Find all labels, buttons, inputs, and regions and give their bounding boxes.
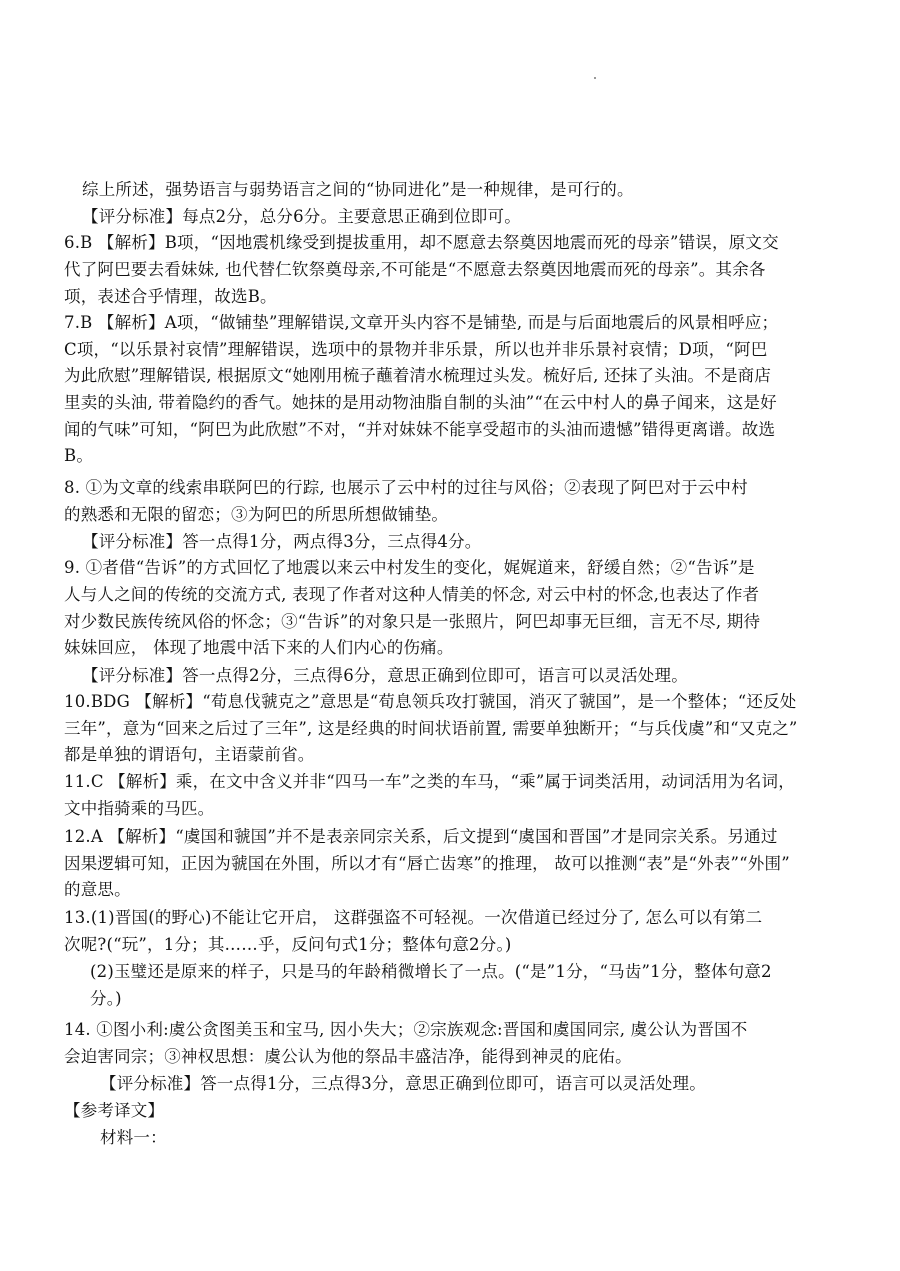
document-page: 综上所述，强势语言与弱势语言之间的“协同进化”是一种规律，是可行的。 【评分标准… bbox=[0, 0, 900, 1271]
answer-11-line-1: 11.C 【解析】乘，在文中含义并非“四马一车”之类的车马，“乘”属于词类活用，… bbox=[64, 772, 795, 792]
summary-line: 综上所述，强势语言与弱势语言之间的“协同进化”是一种规律，是可行的。 bbox=[82, 180, 634, 200]
answer-7-line-3: 为此欣慰”理解错误, 根据原文“她刚用梳子蘸着清水梳理过头发。梳好后, 还抹了头… bbox=[64, 366, 771, 386]
answer-8-line-2: 的熟悉和无限的留恋；③为阿巴的所思所想做铺垫。 bbox=[64, 505, 448, 525]
material-one-label: 材料一： bbox=[100, 1128, 167, 1148]
reference-translation-heading: 【参考译文】 bbox=[64, 1101, 164, 1121]
scoring-standard-14: 【评分标准】答一点得1分，三点得3分，意思正确到位即可，语言可以灵活处理。 bbox=[100, 1074, 706, 1094]
answer-11-line-2: 文中指骑乘的马匹。 bbox=[64, 799, 214, 819]
answer-12-line-1: 12.A 【解析】“虞国和虢国”并不是表亲同宗关系，后文提到“虞国和晋国”才是同… bbox=[64, 827, 778, 847]
answer-14-line-1: 14. ①图小利:虞公贪图美玉和宝马, 因小失大；②宗族观念:晋国和虞国同宗, … bbox=[64, 1020, 747, 1040]
answer-6-line-2: 代了阿巴要去看妹妹, 也代替仁钦祭奠母亲,不可能是“不愿意去祭奠因地震而死的母亲… bbox=[64, 260, 766, 280]
answer-9-line-2: 人与人之间的传统的交流方式, 表现了作者对这种人情美的怀念, 对云中村的怀念,也… bbox=[64, 585, 759, 605]
answer-6-line-3: 项，表述合乎情理，故选B。 bbox=[64, 287, 277, 307]
answer-7-line-5: 闻的气味”可知，“阿巴为此欣慰”不对，“并对妹妹不能享受超市的头油而遗憾”错得更… bbox=[64, 420, 775, 440]
answer-6-line-1: 6.B 【解析】B项，“因地震机缘受到提拔重用，却不愿意去祭奠因地震而死的母亲”… bbox=[64, 233, 779, 253]
scan-speck bbox=[594, 77, 596, 79]
answer-7-line-6: B。 bbox=[64, 446, 93, 466]
answer-7-line-4: 里卖的头油, 带着隐约的香气。她抹的是用动物油脂自制的头油”“在云中村人的鼻子闻… bbox=[64, 393, 777, 413]
answer-14-line-2: 会迫害同宗；③神权思想：虞公认为他的祭品丰盛洁净，能得到神灵的庇佑。 bbox=[64, 1047, 632, 1067]
answer-7-line-2: C项，“以乐景衬哀情”理解错误，选项中的景物并非乐景，所以也并非乐景衬哀情；D项… bbox=[64, 340, 767, 360]
answer-7-line-1: 7.B 【解析】A项，“做铺垫”理解错误,文章开头内容不是铺垫, 而是与后面地震… bbox=[64, 313, 778, 333]
answer-13-line-1: 13.(1)晋国(的野心)不能让它开启， 这群强盗不可轻视。一次借道已经过分了,… bbox=[64, 908, 762, 928]
answer-12-line-3: 的意思。 bbox=[64, 880, 131, 900]
answer-13-part2-line-1: (2)玉璧还是原来的样子，只是马的年龄稍微增长了一点。(“是”1分，“马齿”1分… bbox=[90, 962, 772, 982]
answer-9-line-3: 对少数民族传统风俗的怀念；③“告诉”的对象只是一张照片，阿巴却事无巨细，言无不尽… bbox=[64, 612, 760, 632]
answer-8-line-1: 8. ①为文章的线索串联阿巴的行踪, 也展示了云中村的过往与风俗；②表现了阿巴对… bbox=[64, 478, 748, 498]
scoring-standard-8: 【评分标准】答一点得1分，两点得3分，三点得4分。 bbox=[82, 532, 482, 552]
answer-13-line-2: 次呢?(“玩”，1分；其……乎，反问句式1分；整体句意2分。) bbox=[64, 935, 512, 955]
answer-12-line-2: 因果逻辑可知，正因为虢国在外围，所以才有“唇亡齿寒”的推理， 故可以推测“表”是… bbox=[64, 854, 790, 874]
answer-10-line-2: 三年”，意为“回来之后过了三年”, 这是经典的时间状语前置, 需要单独断开；“与… bbox=[64, 719, 798, 739]
answer-9-line-4: 妹妹回应， 体现了地震中活下来的人们内心的伤痛。 bbox=[64, 638, 454, 658]
scoring-standard-9: 【评分标准】答一点得2分，三点得6分，意思正确到位即可，语言可以灵活处理。 bbox=[82, 666, 688, 686]
scoring-standard-5: 【评分标准】每点2分，总分6分。主要意思正确到位即可。 bbox=[82, 207, 521, 227]
answer-10-line-3: 都是单独的谓语句，主语蒙前省。 bbox=[64, 745, 315, 765]
answer-10-line-1: 10.BDG 【解析】“荀息伐虢克之”意思是“荀息领兵攻打虢国，消灭了虢国”，是… bbox=[64, 692, 797, 712]
answer-13-part2-line-2: 分。) bbox=[90, 989, 122, 1009]
answer-9-line-1: 9. ①者借“告诉”的方式回忆了地震以来云中村发生的变化，娓娓道来，舒缓自然；②… bbox=[64, 558, 755, 578]
